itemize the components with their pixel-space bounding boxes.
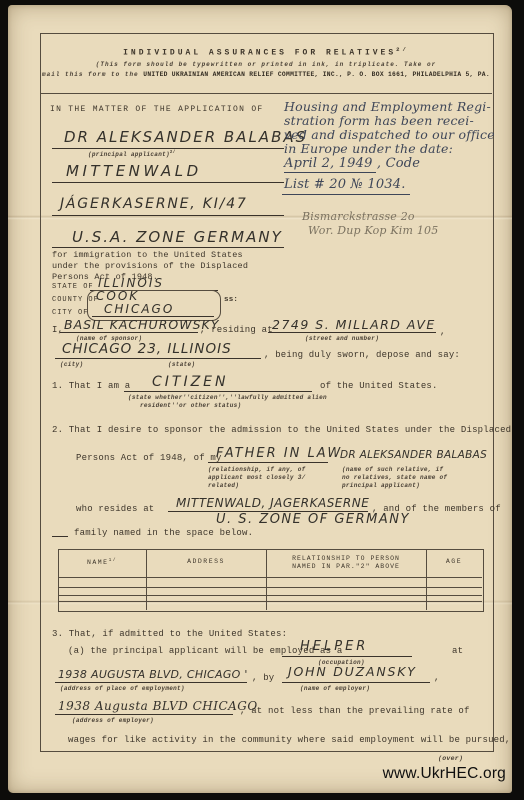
city-state-line: [55, 358, 261, 359]
table-header-relationship-l2: NAMED IN PAR."2" ABOVE: [266, 563, 426, 570]
city-value: CHICAGO: [104, 302, 174, 316]
item2-line1: 2. That I desire to sponsor the admissio…: [52, 425, 511, 435]
applicant-address3-line: [52, 247, 284, 248]
office-note-underline1: [284, 172, 376, 173]
i-label: I,: [52, 325, 63, 335]
office-note-underline2: [282, 194, 410, 195]
sworn-text: , being duly sworn, depose and say:: [264, 350, 460, 360]
employer-address-line: [55, 714, 233, 715]
office-note-line4: in Europe under the date:: [284, 141, 453, 156]
relative-name-value: DR ALEKSANDER BALABAS: [340, 449, 487, 461]
form-title: INDIVIDUAL ASSURANCES FOR RELATIVES2/: [40, 46, 492, 58]
rate-suffix: , at not less than the prevailing rate o…: [240, 706, 470, 716]
item1-suffix: of the United States.: [320, 381, 438, 391]
employer-comma: ,: [434, 673, 440, 683]
relative-caption2: no relatives, state name of: [342, 474, 447, 481]
table-header-name: NAME1/: [58, 558, 146, 566]
office-note-line2: stration form has been recei-: [284, 113, 474, 128]
relationship-caption2: applicant most closely 3/: [208, 474, 306, 481]
table-row-line1: [58, 587, 482, 588]
employer-address-caption: (address of employer): [72, 717, 154, 724]
resides-value2: U. S. ZONE OF GERMANY: [216, 512, 410, 527]
table-header-age: AGE: [426, 558, 482, 565]
street-value: 2749 S. MILLARD AVE: [272, 317, 436, 332]
document-scan: INDIVIDUAL ASSURANCES FOR RELATIVES2/ (T…: [0, 0, 524, 800]
sponsor-name-line: [60, 332, 198, 333]
matter-intro: IN THE MATTER OF THE APPLICATION OF: [50, 105, 264, 114]
over-note: (over): [438, 755, 463, 762]
ss-label: ss:: [224, 296, 238, 304]
relationship-caption1: (relationship, if any, of: [208, 466, 306, 473]
committee-name: UNITED UKRAINIAN AMERICAN RELIEF COMMITT…: [143, 71, 490, 78]
item1-caption1: (state whether''citizen'',''lawfully adm…: [128, 394, 327, 401]
form-title-text: INDIVIDUAL ASSURANCES FOR RELATIVES: [123, 49, 396, 58]
applicant-name-value: DR ALEKSANDER BALABAS: [64, 128, 307, 146]
applicant-address2-value: JÁGERKASERNE, KI/47: [60, 196, 248, 212]
applicant-address2-line: [52, 215, 284, 216]
pencil-note-line2: Wor. Dup Kop Kim 105: [308, 224, 438, 237]
relationship-line: [208, 462, 328, 463]
city-label: CITY OF: [52, 309, 88, 317]
pencil-note-line1: Bismarckstrasse 2o: [302, 210, 415, 223]
residing-label: , residing at: [200, 325, 273, 335]
state-label: STATE OF: [52, 283, 94, 291]
watermark: www.UkrHEC.org: [360, 765, 506, 783]
employer-name-line: [282, 682, 430, 683]
item3-line1: 3. That, if admitted to the United State…: [52, 629, 287, 639]
office-note-line3: ved and dispatched to our office: [284, 127, 495, 142]
form-instructions-line1: (This form should be typewritten or prin…: [40, 61, 492, 68]
relative-caption1: (name of such relative, if: [342, 466, 443, 473]
purpose-line1: for immigration to the United States: [52, 250, 243, 260]
family-blank-line: [52, 536, 68, 537]
relationship-value: FATHER IN LAW: [216, 446, 342, 461]
employer-name-value: JOHN DUZANSKY: [288, 664, 417, 679]
state-caption: (state): [168, 361, 195, 368]
purpose-line2: under the provisions of the Displaced: [52, 261, 248, 271]
applicant-address1-line: [52, 182, 284, 183]
city-state-value: CHICAGO 23, ILLINOIS: [62, 341, 232, 357]
wages-line: wages for like activity in the community…: [68, 735, 510, 745]
citizen-line: [124, 391, 312, 392]
county-label: COUNTY OF: [52, 296, 99, 304]
item1-prefix: 1. That I am a: [52, 381, 130, 391]
street-caption: (street and number): [305, 335, 379, 342]
citizen-value: CITIZEN: [152, 374, 229, 390]
table-row-line2: [58, 595, 482, 596]
by-label: , by: [252, 673, 274, 683]
employer-name-caption: (name of employer): [300, 685, 370, 692]
table-header-name-footnote: 1/: [109, 558, 117, 563]
resides-prefix: who resides at: [76, 504, 154, 514]
office-note-line1: Housing and Employment Regi-: [284, 99, 491, 114]
applicant-caption: (principal applicant)2/: [88, 151, 176, 158]
table-header-address: ADDRESS: [146, 558, 266, 565]
header-divider: [40, 93, 492, 94]
table-header-relationship-l1: RELATIONSHIP TO PERSON: [266, 555, 426, 562]
family-line: family named in the space below.: [74, 528, 253, 538]
instructions-prefix: mail this form to the: [42, 71, 143, 78]
employment-address-caption: (address of place of employment): [60, 685, 185, 692]
applicant-caption-footnote: 2/: [170, 151, 176, 155]
relative-caption3: principal applicant): [342, 482, 420, 489]
relationship-caption3: related): [208, 482, 239, 489]
sponsor-name-value: BASIL KACHUROWSKY: [64, 317, 219, 332]
office-note-line5: April 2, 1949 , Code: [284, 156, 420, 171]
applicant-address1-value: MITTENWALD: [66, 162, 202, 180]
employer-address-value: 1938 Augusta BLVD CHICAGO: [58, 699, 258, 713]
item1-caption2: resident''or other status): [140, 402, 241, 409]
item2-line2-prefix: Persons Act of 1948, of my: [76, 453, 222, 463]
form-instructions-line2: mail this form to the UNITED UKRAINIAN A…: [40, 71, 492, 78]
at-label: at: [452, 646, 463, 656]
employment-address-value: 1938 AUGUSTA BLVD, CHICAGO ': [58, 668, 248, 681]
resides-value: MITTENWALD, JAGERKASERNE: [176, 496, 369, 510]
street-comma: ,: [440, 327, 446, 337]
county-value: COOK: [96, 289, 139, 303]
form-title-footnote: 2/: [396, 46, 409, 53]
employment-address-line: [55, 682, 247, 683]
state-value: ILLINOIS: [98, 276, 164, 290]
street-line: [268, 332, 436, 333]
applicant-address3-value: U.S.A. ZONE GERMANY: [72, 228, 283, 246]
applicant-name-line: [52, 148, 284, 149]
applicant-caption-text: (principal applicant): [88, 151, 170, 158]
occupation-line: [282, 656, 412, 657]
occupation-value: HELPER: [300, 639, 368, 654]
office-note-line6: List # 20 № 1034.: [284, 177, 406, 192]
table-header-name-text: NAME: [87, 559, 109, 566]
table-header-line: [58, 577, 482, 578]
city-caption: (city): [60, 361, 83, 368]
table-row-line3: [58, 601, 482, 602]
